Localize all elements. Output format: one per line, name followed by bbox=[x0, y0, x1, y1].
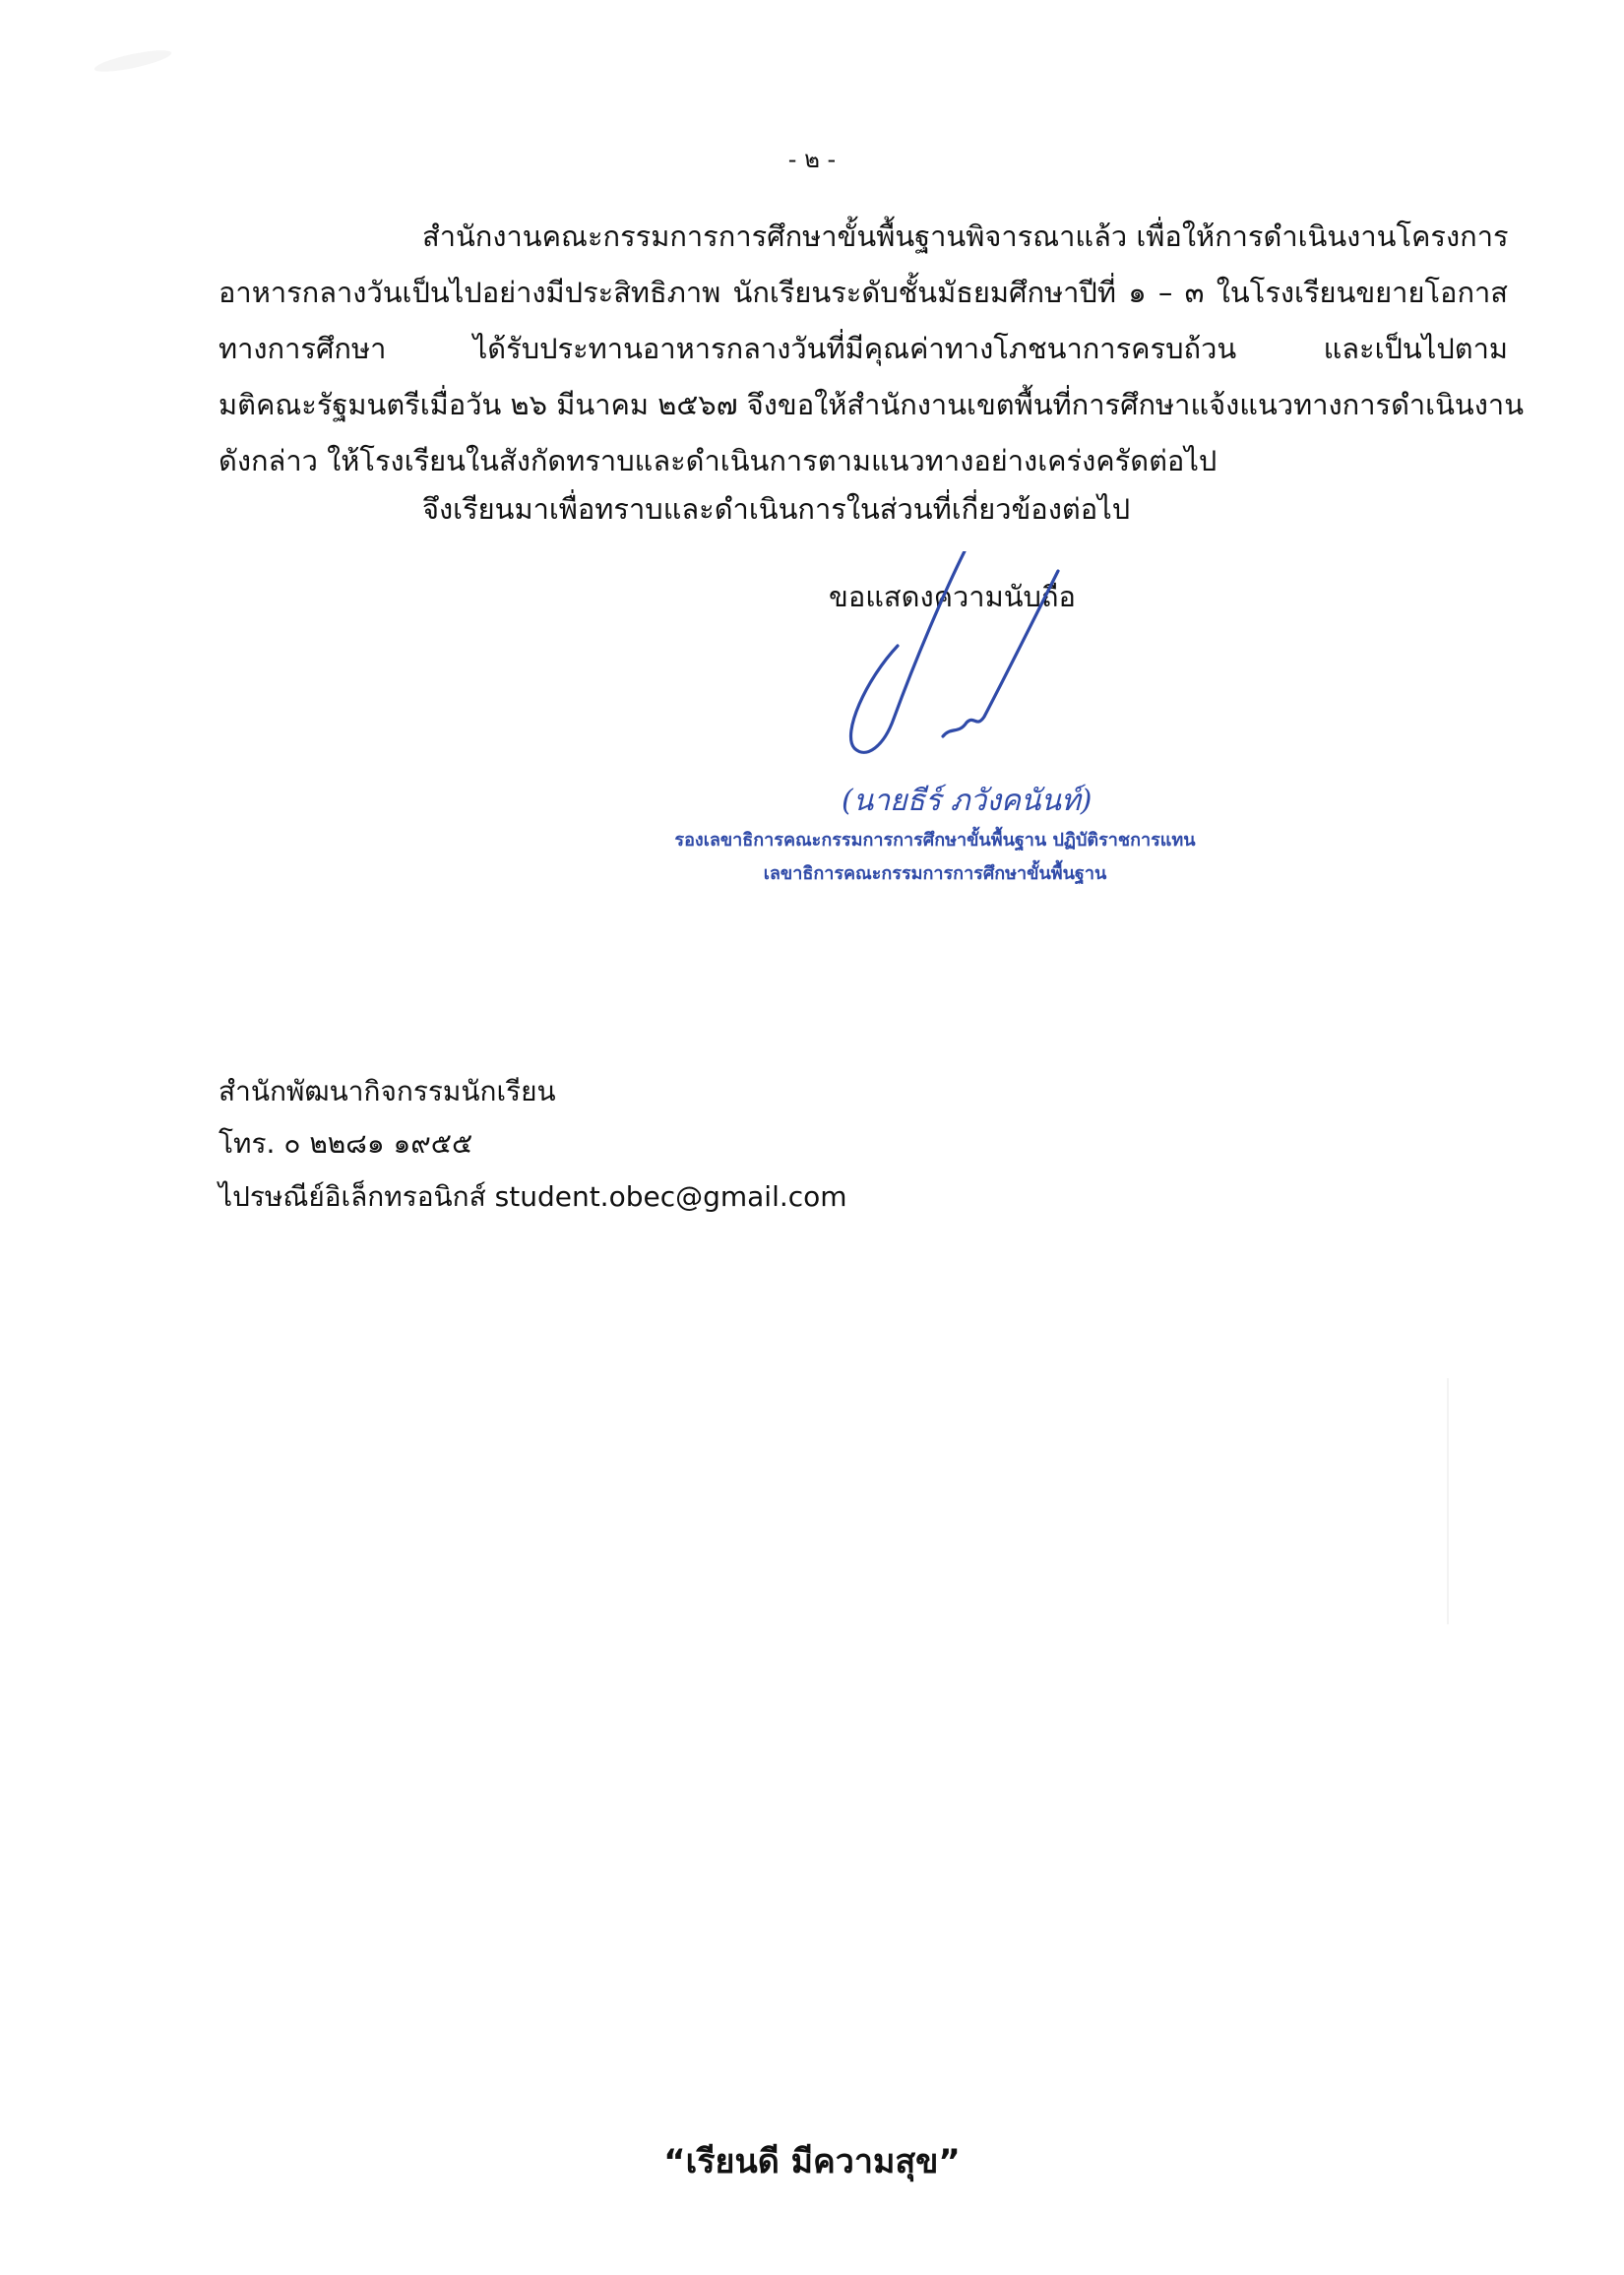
scan-artifact-line bbox=[1447, 1378, 1449, 1624]
page-number: - ๒ - bbox=[0, 140, 1624, 178]
signer-title-line-2: เลขาธิการคณะกรรมการการศึกษาขั้นพื้นฐาน bbox=[620, 858, 1250, 887]
body-line: มติคณะรัฐมนตรีเมื่อวัน ๒๖ มีนาคม ๒๕๖๗ จึ… bbox=[219, 377, 1508, 433]
contact-email[interactable]: ไปรษณีย์อิเล็กทรอนิกส์ student.obec@gmai… bbox=[219, 1175, 847, 1219]
contact-phone: โทร. ๐ ๒๒๘๑ ๑๙๕๕ bbox=[219, 1122, 472, 1166]
motto: “เรียนดี มีความสุข” bbox=[0, 2134, 1624, 2187]
body-line: ทางการศึกษา ได้รับประทานอาหารกลางวันที่ม… bbox=[219, 321, 1508, 377]
handwritten-signature bbox=[827, 551, 1083, 778]
body-paragraph: สำนักงานคณะกรรมการการศึกษาขั้นพื้นฐานพิจ… bbox=[219, 209, 1508, 489]
signer-name: (นายธีร์ ภวังคนันท์) bbox=[842, 778, 1092, 824]
signer-title-line-1: รองเลขาธิการคณะกรรมการการศึกษาขั้นพื้นฐา… bbox=[620, 825, 1250, 853]
body-line: อาหารกลางวันเป็นไปอย่างมีประสิทธิภาพ นัก… bbox=[219, 265, 1508, 321]
closing-line: จึงเรียนมาเพื่อทราบและดำเนินการในส่วนที่… bbox=[422, 486, 1130, 532]
contact-office: สำนักพัฒนากิจกรรมนักเรียน bbox=[219, 1070, 556, 1113]
scan-artifact bbox=[93, 46, 172, 76]
body-line: ดังกล่าว ให้โรงเรียนในสังกัดทราบและดำเนิ… bbox=[219, 433, 1508, 489]
body-line: สำนักงานคณะกรรมการการศึกษาขั้นพื้นฐานพิจ… bbox=[219, 209, 1508, 265]
